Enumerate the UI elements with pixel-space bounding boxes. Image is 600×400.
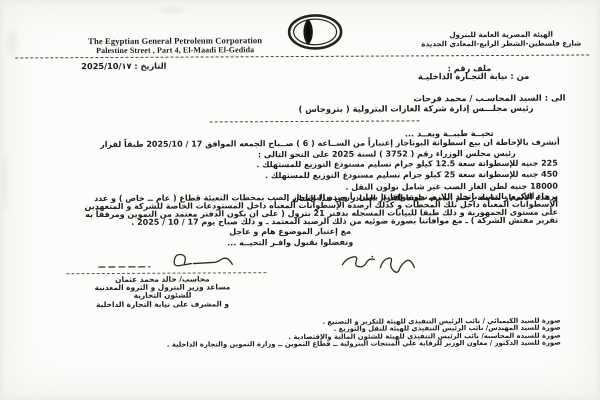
price-line-bulk-ton: 18000 جنيه لطن الغاز الصب غير شامل نولون… [256, 181, 557, 192]
closing-line-1: مع إعتبار الموضوع هام و عاجل [190, 227, 390, 237]
scan-artifact [159, 7, 185, 14]
price-line-12kg: 225 جنيه للإسطوانة سعة 12.5 كيلو جرام تس… [256, 159, 557, 170]
date-line: التاريخ : 2025/10/١٧ [81, 61, 166, 71]
epc-eagle-logo-icon [286, 11, 344, 53]
letterhead-english-address: The Egyptian General Petroleum Corporati… [55, 35, 295, 56]
cc-line: صورة للسيد الدكتور / معاون الوزير للرقاب… [21, 340, 561, 350]
signature-scribble-left-icon [90, 250, 240, 275]
request-paragraph: برجاء التكرم بالتنبيه باتخاذ اللازم نحو … [84, 193, 558, 228]
signature-scribble-right-icon [336, 247, 422, 279]
org-street-english: Palestine Street , Part 4, El-Maadi El-G… [55, 45, 295, 56]
letterhead-arabic-address: الهيئة المصرية العامة للبترول شارع فلسطي… [415, 29, 587, 48]
signatory-title-3: و المشرف على نيابة التجارة الداخلية [59, 300, 267, 309]
to-line: الى : السيد المحاسـب / محمد فرحات [414, 93, 566, 104]
body-intro-line-2: رئيس مجلس الوزراء رقم ( 3752 ) لسنة 2025… [258, 149, 516, 159]
price-line-25kg: 450 جنيه للإسطوانة سعة 25 كيلو جرام تسلي… [256, 170, 557, 181]
cc-list: صورة للسيد الكيميائي / نائب الرئيس التنف… [21, 318, 561, 350]
org-name-english: The Egyptian General Petroleum Corporati… [55, 35, 295, 46]
body-intro-line-1: أتشرف بالإحاطة ان بيع اسطوانة البوتاجاز … [100, 138, 560, 149]
closing-line-2: وتفضلوا بقبول وافـر التحيــه ... [190, 238, 390, 248]
signature-block: محاسب/ خالد محمد عثمان مساعد وزير البترو… [58, 275, 266, 309]
date-value: 2025/10/١٧ [81, 61, 131, 71]
date-label: التاريخ : [134, 61, 166, 71]
scanned-letter-page: The Egyptian General Petroleum Corporati… [0, 0, 600, 400]
greeting-line: تحيــة طيبــة وبعــد ... [405, 128, 494, 138]
addressee-underline [210, 120, 420, 122]
to-title-line: رئيس مجلـــس إدارة شركة الغازات البترولي… [298, 103, 533, 114]
scan-artifact [7, 29, 17, 55]
from-line: من : نيابة التجـارة الداخليـة [418, 71, 530, 82]
scan-artifact [2, 152, 8, 212]
org-street-arabic: شارع فلسطين-الشطر الرابع-المعادي الجديدة [415, 38, 587, 48]
